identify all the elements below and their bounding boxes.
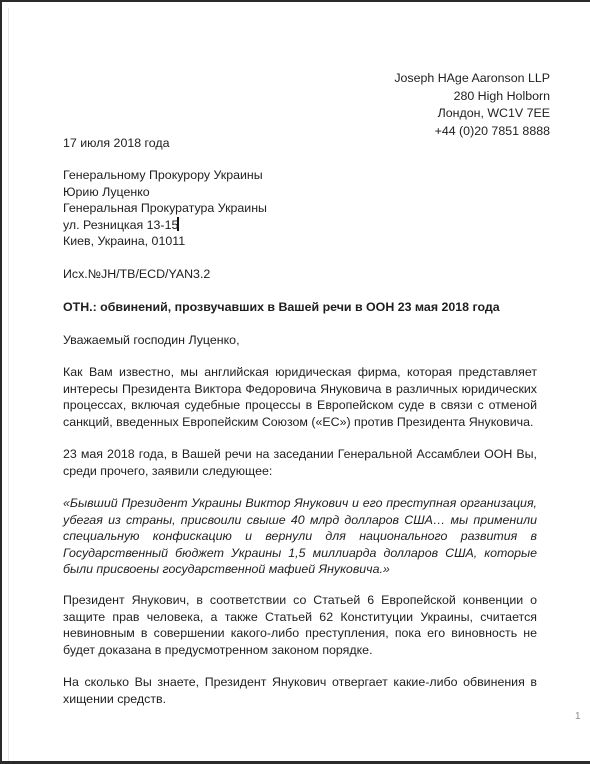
document-page: Joseph HAge Aaronson LLP 280 High Holbor… [0,0,590,764]
letter-date: 17 июля 2018 года [63,135,170,152]
sender-street: 280 High Holborn [302,88,550,106]
paragraph-representation: Как Вам известно, мы английская юридичес… [63,364,537,430]
text-cursor [177,217,179,231]
sender-city: Лондон, WC1V 7EE [302,105,550,123]
sender-firm: Joseph HAge Aaronson LLP [302,70,550,88]
paragraph-un-speech: 23 мая 2018 года, в Вашей речи на заседа… [63,446,537,479]
sender-phone: +44 (0)20 7851 8888 [302,123,550,141]
paragraph-denial: На сколько Вы знаете, Президент Янукович… [63,674,537,707]
salutation: Уважаемый господин Луценко, [63,332,240,349]
addressee-title: Генеральному Прокурору Украины [63,167,267,184]
paragraph-presumption-innocence: Президент Янукович, в соответствии со Ст… [63,592,537,658]
addressee-street: ул. Резницкая 13-15 [63,218,178,232]
addressee-block: Генеральному Прокурору Украины Юрию Луце… [63,167,267,250]
letter-subject: ОТН.: обвинений, прозвучавших в Вашей ре… [63,299,500,316]
page-number: 1 [575,709,581,726]
reference-number: Исх.№JH/TB/ECD/YAN3.2 [63,266,210,283]
addressee-office: Генеральная Прокуратура Украины [63,200,267,217]
sender-address-block: Joseph HAge Aaronson LLP 280 High Holbor… [302,70,550,140]
addressee-name: Юрию Луценко [63,184,267,201]
addressee-street-wrap: ул. Резницкая 13-15 [63,217,267,234]
speech-quote: «Бывший Президент Украины Виктор Янукови… [63,495,537,578]
addressee-city: Киев, Украина, 01011 [63,233,267,250]
page-edge-line [8,8,9,761]
